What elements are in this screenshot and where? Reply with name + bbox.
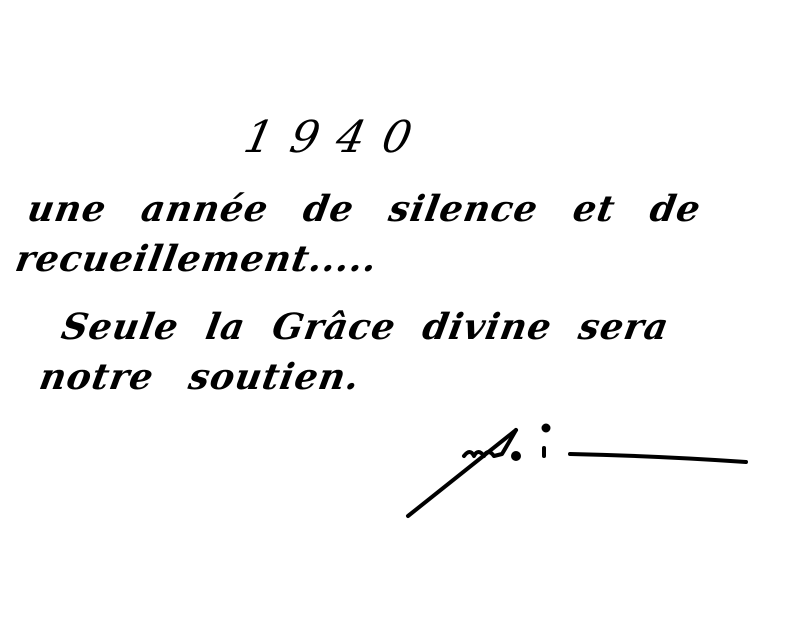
note-line-1: une année de silence et de xyxy=(24,188,704,230)
signature-icon: M. J. xyxy=(400,410,760,540)
handwritten-note: 1940 une année de silence et de recueill… xyxy=(0,0,800,640)
note-year: 1940 xyxy=(240,112,435,163)
note-line-3: Seule la Grâce divine sera xyxy=(58,306,672,348)
note-line-4: notre soutien. xyxy=(36,356,363,398)
note-line-2: recueillement..... xyxy=(12,238,381,280)
